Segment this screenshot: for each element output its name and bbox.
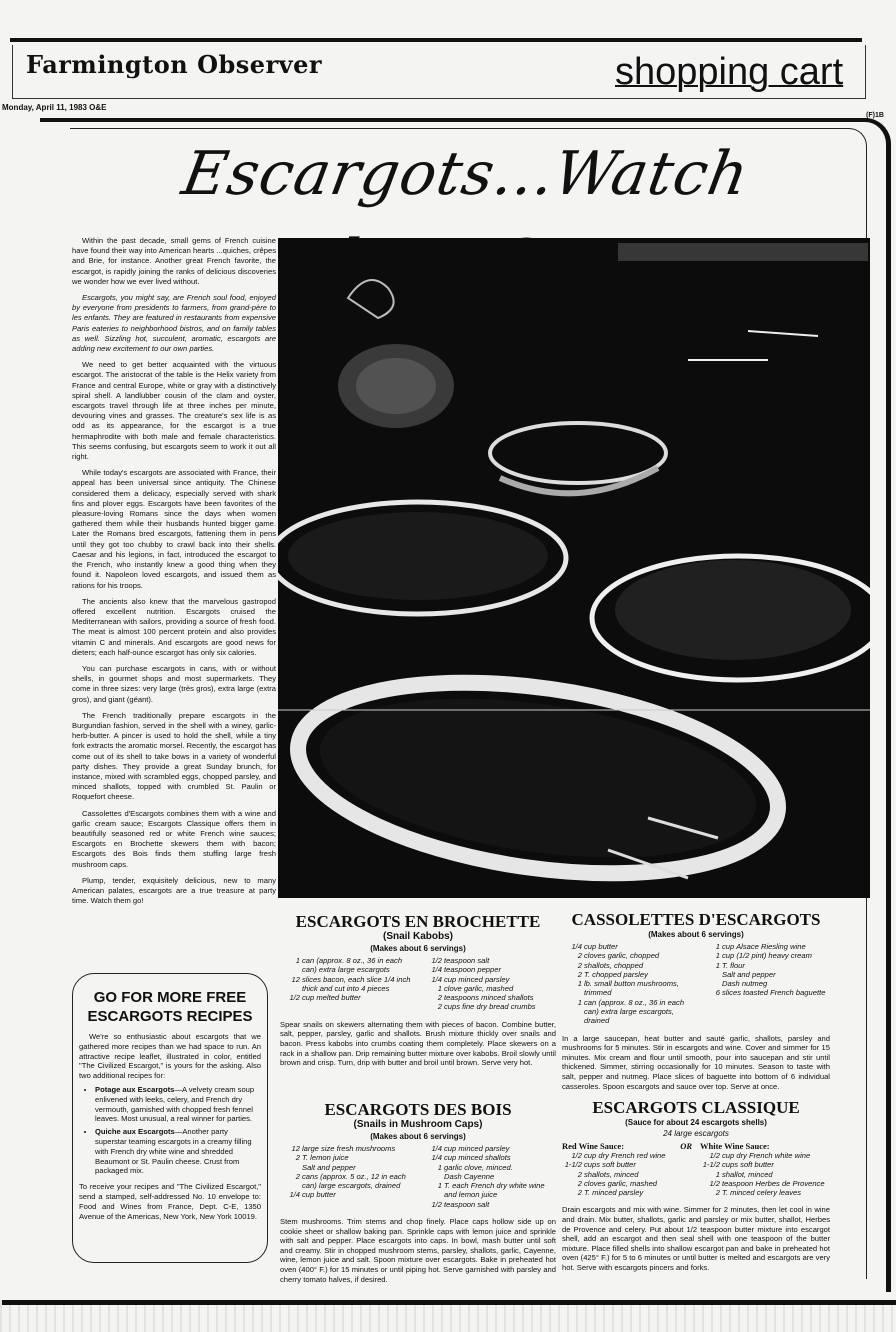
ingredient-text: cup dry French white wine <box>722 1151 810 1160</box>
ingredient-item: 1T. flour <box>700 961 830 970</box>
or-label: OR <box>680 1141 692 1151</box>
article-paragraph: Cassolettes d'Escargots combines them wi… <box>72 809 276 870</box>
recipe-method: In a large saucepan, heat butter and sau… <box>562 1034 830 1092</box>
ingredient-item: 1T. each French dry white wine and lemon… <box>422 1181 556 1200</box>
ingredient-item: 1shallot, minced <box>700 1170 830 1179</box>
ingredient-text: cloves garlic, chopped <box>584 951 659 960</box>
ingredient-text: can (approx. 8 oz., 36 in each can) extr… <box>584 998 684 1026</box>
ingredient-quantity: 1 <box>562 979 582 988</box>
ingredient-text: T. flour <box>722 961 745 970</box>
recipe-subtitle: (Sauce for about 24 escargots shells) <box>562 1117 830 1128</box>
ingredient-item: Dash Cayenne <box>422 1172 556 1181</box>
ingredient-text: Dash nutmeg <box>722 979 767 988</box>
ingredients: 12large size fresh mushrooms2T. lemon ju… <box>280 1144 556 1209</box>
article-paragraph: While today's escargots are associated w… <box>72 468 276 590</box>
ingredient-quantity: 1/4 <box>422 965 442 974</box>
ingredient-item: 1cup (1/2 pint) heavy cream <box>700 951 830 960</box>
ingredient-text: T. lemon juice <box>302 1153 349 1162</box>
ingredient-quantity: 1 <box>700 1170 720 1179</box>
ingredient-text: slices toasted French baguette <box>722 988 825 997</box>
dateline: Monday, April 11, 1983 O&E <box>2 103 106 112</box>
ingredient-quantity: 1-1/2 <box>562 1160 582 1169</box>
ingredient-text: Salt and pepper <box>722 970 776 979</box>
ingredient-item: 2cloves garlic, mashed <box>562 1179 692 1188</box>
ingredient-item: 1lb. small button mushrooms, trimmed <box>562 979 692 998</box>
ingredients-left: 1/4cup butter2cloves garlic, chopped2sha… <box>562 942 692 1026</box>
ingredients-right: 1/2teaspoon salt1/4teaspoon pepper1/4cup… <box>422 956 556 1012</box>
article-paragraph: We need to get better acquainted with th… <box>72 360 276 462</box>
ingredient-quantity: 2 <box>562 1188 582 1197</box>
article-body: Within the past decade, small gems of Fr… <box>72 236 276 912</box>
ingredient-text: cups fine dry bread crumbs <box>444 1002 536 1011</box>
ingredient-item: 2T. chopped parsley <box>562 970 692 979</box>
ingredients-left: 1can (approx. 8 oz., 36 in each can) ext… <box>280 956 414 1012</box>
promo-recipe-list: Potage aux Escargots—A velvety cream sou… <box>79 1085 261 1176</box>
free-recipes-promo: GO FOR MORE FREE ESCARGOTS RECIPES We're… <box>72 973 268 1263</box>
article-paragraph: The ancients also knew that the marvelou… <box>72 597 276 658</box>
recipe-brochette: ESCARGOTS EN BROCHETTE (Snail Kabobs) (M… <box>280 912 556 1068</box>
article-paragraph: The French traditionally prepare escargo… <box>72 711 276 803</box>
recipe-title: ESCARGOTS DES BOIS <box>280 1100 556 1119</box>
ingredient-quantity: 1 <box>422 1181 442 1190</box>
ingredient-text: teaspoon salt <box>444 956 489 965</box>
ingredient-quantity: 1/4 <box>422 975 442 984</box>
ingredient-item: 1/4cup minced parsley <box>422 1144 556 1153</box>
ingredient-item: 1/4cup butter <box>280 1190 414 1199</box>
recipe-yield: (Makes about 6 servings) <box>280 943 556 954</box>
ingredient-text: large size fresh mushrooms <box>302 1144 395 1153</box>
recipe-method: Drain escargots and mix with wine. Simme… <box>562 1205 830 1272</box>
ingredient-item: 1/4cup butter <box>562 942 692 951</box>
recipe-classique: ESCARGOTS CLASSIQUE (Sauce for about 24 … <box>562 1098 830 1273</box>
white-wine-sauce: White Wine Sauce: 1/2cup dry French whit… <box>700 1141 830 1197</box>
ingredient-quantity: 1 <box>280 956 300 965</box>
ingredient-quantity: 2 <box>422 1002 442 1011</box>
ingredient-text: shallots, minced <box>584 1170 638 1179</box>
ingredient-quantity: 12 <box>280 975 300 984</box>
promo-send-instructions: To receive your recipes and "The Civiliz… <box>79 1182 261 1221</box>
ingredient-item: Dash nutmeg <box>700 979 830 988</box>
white-sauce-label: White Wine Sauce: <box>700 1141 830 1151</box>
ingredient-text: teaspoons minced shallots <box>444 993 534 1002</box>
promo-recipe-item: Quiche aux Escargots—Another party super… <box>95 1127 261 1176</box>
ingredient-text: T. minced celery leaves <box>722 1188 801 1197</box>
ingredient-text: Salt and pepper <box>302 1163 356 1172</box>
ingredient-text: cup minced shallots <box>444 1153 511 1162</box>
photo-illustration-icon <box>278 238 870 898</box>
promo-recipe-item: Potage aux Escargots—A velvety cream sou… <box>95 1085 261 1124</box>
promo-title: GO FOR MORE FREE ESCARGOTS RECIPES <box>79 988 261 1026</box>
ingredient-quantity: 1/4 <box>280 1190 300 1199</box>
ingredient-text: cups soft butter <box>722 1160 774 1169</box>
red-wine-sauce: Red Wine Sauce: OR 1/2cup dry French red… <box>562 1141 692 1197</box>
ingredient-quantity: 2 <box>422 993 442 1002</box>
page-texture <box>0 1300 896 1332</box>
promo-title-line2: ESCARGOTS RECIPES <box>87 1008 252 1025</box>
ingredient-item: 2shallots, minced <box>562 1170 692 1179</box>
ingredient-item: 6slices toasted French baguette <box>700 988 830 997</box>
ingredient-item: 2cans (approx. 5 oz., 12 in each can) la… <box>280 1172 414 1191</box>
ingredient-text: cup butter <box>302 1190 336 1199</box>
article-paragraph: Plump, tender, exquisitely delicious, ne… <box>72 876 276 907</box>
white-sauce-ingredients: 1/2cup dry French white wine1-1/2cups so… <box>700 1151 830 1197</box>
ingredient-quantity: 1/2 <box>562 1151 582 1160</box>
ingredient-text: T. chopped parsley <box>584 970 648 979</box>
ingredient-item: 12slices bacon, each slice 1/4 inch thic… <box>280 975 414 994</box>
ingredient-text: teaspoon pepper <box>444 965 501 974</box>
ingredient-text: cup butter <box>584 942 618 951</box>
ingredient-quantity: 6 <box>700 988 720 997</box>
ingredient-item: 1/4cup minced parsley <box>422 975 556 984</box>
ingredient-quantity: 1 <box>700 942 720 951</box>
ingredient-quantity: 1/4 <box>422 1153 442 1162</box>
ingredient-text: clove garlic, mashed <box>444 984 513 993</box>
ingredient-item: 1can (approx. 8 oz., 36 in each can) ext… <box>562 998 692 1026</box>
ingredient-item: 1/2cup dry French red wine <box>562 1151 692 1160</box>
ingredient-quantity: 2 <box>562 951 582 960</box>
ingredient-item: 1/4cup minced shallots <box>422 1153 556 1162</box>
recipe-title: ESCARGOTS CLASSIQUE <box>562 1098 830 1117</box>
ingredient-item: Salt and pepper <box>700 970 830 979</box>
red-sauce-ingredients: 1/2cup dry French red wine1-1/2cups soft… <box>562 1151 692 1197</box>
ingredient-quantity: 1-1/2 <box>700 1160 720 1169</box>
ingredient-item: 1can (approx. 8 oz., 36 in each can) ext… <box>280 956 414 975</box>
ingredient-quantity: 1/2 <box>422 1200 442 1209</box>
ingredient-text: cup minced parsley <box>444 975 509 984</box>
recipe-title: ESCARGOTS EN BROCHETTE <box>280 912 556 931</box>
ingredient-text: lb. small button mushrooms, trimmed <box>584 979 679 997</box>
recipe-title: CASSOLETTES D'ESCARGOTS <box>562 910 830 929</box>
ingredient-item: 2cups fine dry bread crumbs <box>422 1002 556 1011</box>
ingredient-text: can (approx. 8 oz., 36 in each can) extr… <box>302 956 402 974</box>
ingredient-text: slices bacon, each slice 1/4 inch thick … <box>302 975 410 993</box>
ingredient-quantity: 2 <box>280 1172 300 1181</box>
promo-recipe-name: Potage aux Escargots <box>95 1085 174 1094</box>
ingredient-item: 2T. minced parsley <box>562 1188 692 1197</box>
ingredient-text: cups soft butter <box>584 1160 636 1169</box>
article-paragraph: Within the past decade, small gems of Fr… <box>72 236 276 287</box>
ingredient-text: teaspoon salt <box>444 1200 489 1209</box>
ingredient-quantity: 1/4 <box>562 942 582 951</box>
promo-intro: We're so enthusiastic about escargots th… <box>79 1032 261 1081</box>
ingredient-text: T. minced parsley <box>584 1188 643 1197</box>
ingredient-text: teaspoon Herbes de Provence <box>722 1179 825 1188</box>
ingredient-item: 1garlic clove, minced. <box>422 1163 556 1172</box>
ingredient-quantity: 12 <box>280 1144 300 1153</box>
ingredient-item: 12large size fresh mushrooms <box>280 1144 414 1153</box>
promo-title-line1: GO FOR MORE FREE <box>94 989 247 1006</box>
ingredient-text: shallots, chopped <box>584 961 643 970</box>
ingredient-text: cup (1/2 pint) heavy cream <box>722 951 812 960</box>
ingredient-text: cloves garlic, mashed <box>584 1179 657 1188</box>
ingredient-item: 1cup Alsace Riesling wine <box>700 942 830 951</box>
paper-name: Farmington Observer <box>26 50 322 79</box>
ingredient-item: 2T. minced celery leaves <box>700 1188 830 1197</box>
ingredient-item: 2teaspoons minced shallots <box>422 993 556 1002</box>
ingredient-item: Salt and pepper <box>280 1163 414 1172</box>
ingredient-quantity: 2 <box>280 1153 300 1162</box>
ingredient-quantity: 1/2 <box>422 956 442 965</box>
ingredient-text: cup dry French red wine <box>584 1151 665 1160</box>
recipe-method: Spear snails on skewers alternating them… <box>280 1020 556 1068</box>
recipe-yield: (Makes about 6 servings) <box>562 929 830 940</box>
ingredient-quantity: 2 <box>562 1179 582 1188</box>
ingredient-text: shallot, minced <box>722 1170 773 1179</box>
ingredient-quantity: 1/2 <box>700 1151 720 1160</box>
ingredient-text: cans (approx. 5 oz., 12 in each can) lar… <box>302 1172 406 1190</box>
recipe-base: 24 large escargots <box>562 1128 830 1139</box>
ingredient-item: 1-1/2cups soft butter <box>700 1160 830 1169</box>
ingredient-item: 1clove garlic, mashed <box>422 984 556 993</box>
article-paragraph: Escargots, you might say, are French sou… <box>72 293 276 354</box>
escargot-dishes-photo <box>278 238 870 898</box>
ingredient-text: T. each French dry white wine and lemon … <box>444 1181 545 1199</box>
ingredient-quantity: 2 <box>562 961 582 970</box>
ingredient-quantity: 1 <box>700 961 720 970</box>
recipe-yield: (Makes about 6 servings) <box>280 1131 556 1142</box>
ingredient-quantity: 1/2 <box>700 1179 720 1188</box>
ingredients: 1can (approx. 8 oz., 36 in each can) ext… <box>280 956 556 1012</box>
ingredient-quantity: 2 <box>700 1188 720 1197</box>
ingredient-quantity: 1/4 <box>422 1144 442 1153</box>
ingredients-right: 1cup Alsace Riesling wine1cup (1/2 pint)… <box>700 942 830 1026</box>
ingredient-item: 2T. lemon juice <box>280 1153 414 1162</box>
ingredient-item: 1/4teaspoon pepper <box>422 965 556 974</box>
ingredient-item: 1/2cup melted butter <box>280 993 414 1002</box>
ingredient-item: 1/2teaspoon salt <box>422 956 556 965</box>
promo-recipe-name: Quiche aux Escargots <box>95 1127 175 1136</box>
recipe-des-bois: ESCARGOTS DES BOIS (Snails in Mushroom C… <box>280 1100 556 1284</box>
ingredient-quantity: 1 <box>422 1163 442 1172</box>
ingredient-item: 1/2teaspoon Herbes de Provence <box>700 1179 830 1188</box>
article-paragraph: You can purchase escargots in cans, with… <box>72 664 276 705</box>
masthead-rule <box>10 38 862 42</box>
recipe-subtitle: (Snails in Mushroom Caps) <box>280 1119 556 1131</box>
ingredient-quantity: 1 <box>562 998 582 1007</box>
ingredient-quantity: 1 <box>700 951 720 960</box>
ingredient-text: cup minced parsley <box>444 1144 509 1153</box>
ingredients: 1/4cup butter2cloves garlic, chopped2sha… <box>562 942 830 1026</box>
recipe-subtitle: (Snail Kabobs) <box>280 931 556 943</box>
red-sauce-label: Red Wine Sauce: <box>562 1141 624 1151</box>
ingredient-quantity: 2 <box>562 970 582 979</box>
ingredient-text: cup melted butter <box>302 993 361 1002</box>
ingredient-quantity: 2 <box>562 1170 582 1179</box>
ingredient-item: 1/2teaspoon salt <box>422 1200 556 1209</box>
ingredient-item: 1/2cup dry French white wine <box>700 1151 830 1160</box>
ingredient-item: 2cloves garlic, chopped <box>562 951 692 960</box>
red-sauce-header: Red Wine Sauce: OR <box>562 1141 692 1151</box>
recipe-cassolettes: CASSOLETTES D'ESCARGOTS (Makes about 6 s… <box>562 910 830 1091</box>
ingredient-text: garlic clove, minced. <box>444 1163 513 1172</box>
ingredients-left: 12large size fresh mushrooms2T. lemon ju… <box>280 1144 414 1209</box>
ingredient-item: 2shallots, chopped <box>562 961 692 970</box>
sauce-options: Red Wine Sauce: OR 1/2cup dry French red… <box>562 1141 830 1197</box>
ingredient-text: Dash Cayenne <box>444 1172 494 1181</box>
section-name: shopping cart <box>615 50 843 94</box>
ingredient-quantity: 1 <box>422 984 442 993</box>
ingredients-right: 1/4cup minced parsley1/4cup minced shall… <box>422 1144 556 1209</box>
ingredient-item: 1-1/2cups soft butter <box>562 1160 692 1169</box>
recipe-method: Stem mushrooms. Trim stems and chop fine… <box>280 1217 556 1284</box>
ingredient-text: cup Alsace Riesling wine <box>722 942 806 951</box>
ingredient-quantity: 1/2 <box>280 993 300 1002</box>
